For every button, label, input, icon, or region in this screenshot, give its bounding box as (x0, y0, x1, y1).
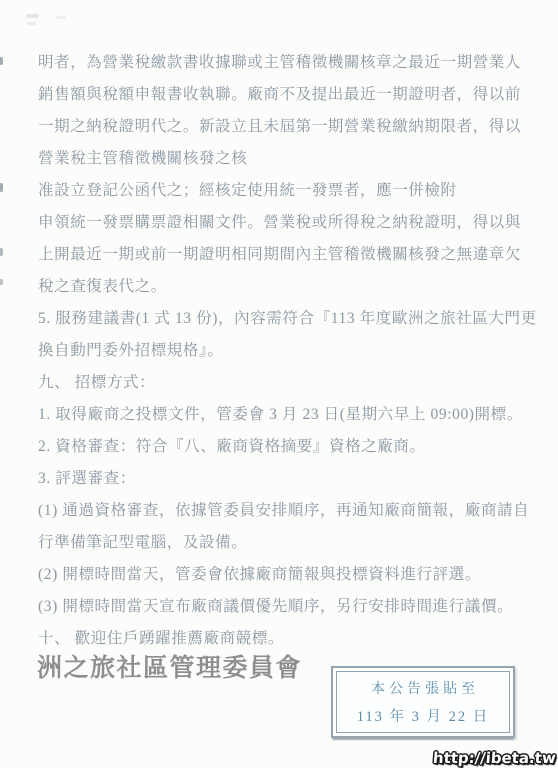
body-line: 准設立登記公函代之；經核定使用統一發票者，應一併檢附 (38, 175, 530, 207)
body-line: 上開最近一期或前一期證明相同期間內主管稽徵機關核發之無違章欠 (38, 239, 530, 271)
scan-smudge (27, 22, 36, 25)
scan-smudge (26, 14, 39, 18)
site-watermark: http://ibeta.tw (433, 749, 557, 767)
body-line: 申領統一發票購票證相關文件。營業稅或所得稅之納稅證明，得以與 (38, 207, 530, 239)
body-line: 營業稅主管稽徵機關核發之核 (38, 143, 530, 175)
posting-period-stamp-inner-border: 本公告張貼至 113 年 3 月 22 日 (336, 671, 510, 733)
body-line: 行準備筆記型電腦，及設備。 (38, 527, 530, 559)
body-line-subitem-2: (2) 開標時間當天，管委會依據廠商簡報與投標資料進行評選。 (38, 559, 530, 591)
body-line: 明者，為營業稅繳款書收據聯或主管稽徵機關核章之最近一期營業人 (38, 47, 530, 79)
body-line-item-3: 3. 評選審查： (38, 463, 530, 495)
body-line-subitem-1: (1) 通過資格審查，依據管委員安排順序，再通知廠商簡報，廠商請自 (38, 495, 530, 527)
scan-edge-artifact (0, 279, 3, 285)
document-body: 明者，為營業稅繳款書收據聯或主管稽徵機關核章之最近一期營業人 銷售額與稅額申報書… (38, 47, 530, 655)
scan-edge-artifact (0, 248, 3, 256)
body-line-item-5: 5. 服務建議書(1 式 13 份)，內容需符合『113 年度歐洲之旅社區大門更 (38, 303, 530, 335)
body-line: 稅之查復表代之。 (38, 271, 530, 303)
scan-smudge (56, 16, 66, 19)
body-line-item-2: 2. 資格審查：符合『八、廠商資格摘要』資格之廠商。 (38, 431, 530, 463)
posting-period-stamp: 本公告張貼至 113 年 3 月 22 日 (331, 666, 515, 738)
scan-edge-artifact (0, 183, 3, 192)
section-heading-9: 九、 招標方式： (38, 367, 530, 399)
committee-signature: 洲之旅社區管理委員會 (37, 648, 302, 684)
stamp-text-posted-until: 本公告張貼至 (367, 678, 479, 698)
scanned-announcement-page: 明者，為營業稅繳款書收據聯或主管稽徵機關核章之最近一期營業人 銷售額與稅額申報書… (0, 0, 558, 768)
scan-edge-artifact (0, 57, 3, 65)
body-line-subitem-3: (3) 開標時間當天宣布廠商議價優先順序，另行安排時間進行議價。 (38, 591, 530, 623)
body-line: 銷售額與稅額申報書收執聯。廠商不及提出最近一期證明者，得以前 (38, 79, 530, 111)
stamp-text-date: 113 年 3 月 22 日 (357, 705, 490, 726)
body-line: 換自動門委外招標規格』。 (38, 335, 530, 367)
body-line-item-1: 1. 取得廠商之投標文件，管委會 3 月 23 日(星期六早上 09:00)開標… (38, 399, 530, 431)
body-line: 一期之納稅證明代之。新設立且未屆第一期營業稅繳納期限者，得以 (38, 111, 530, 143)
